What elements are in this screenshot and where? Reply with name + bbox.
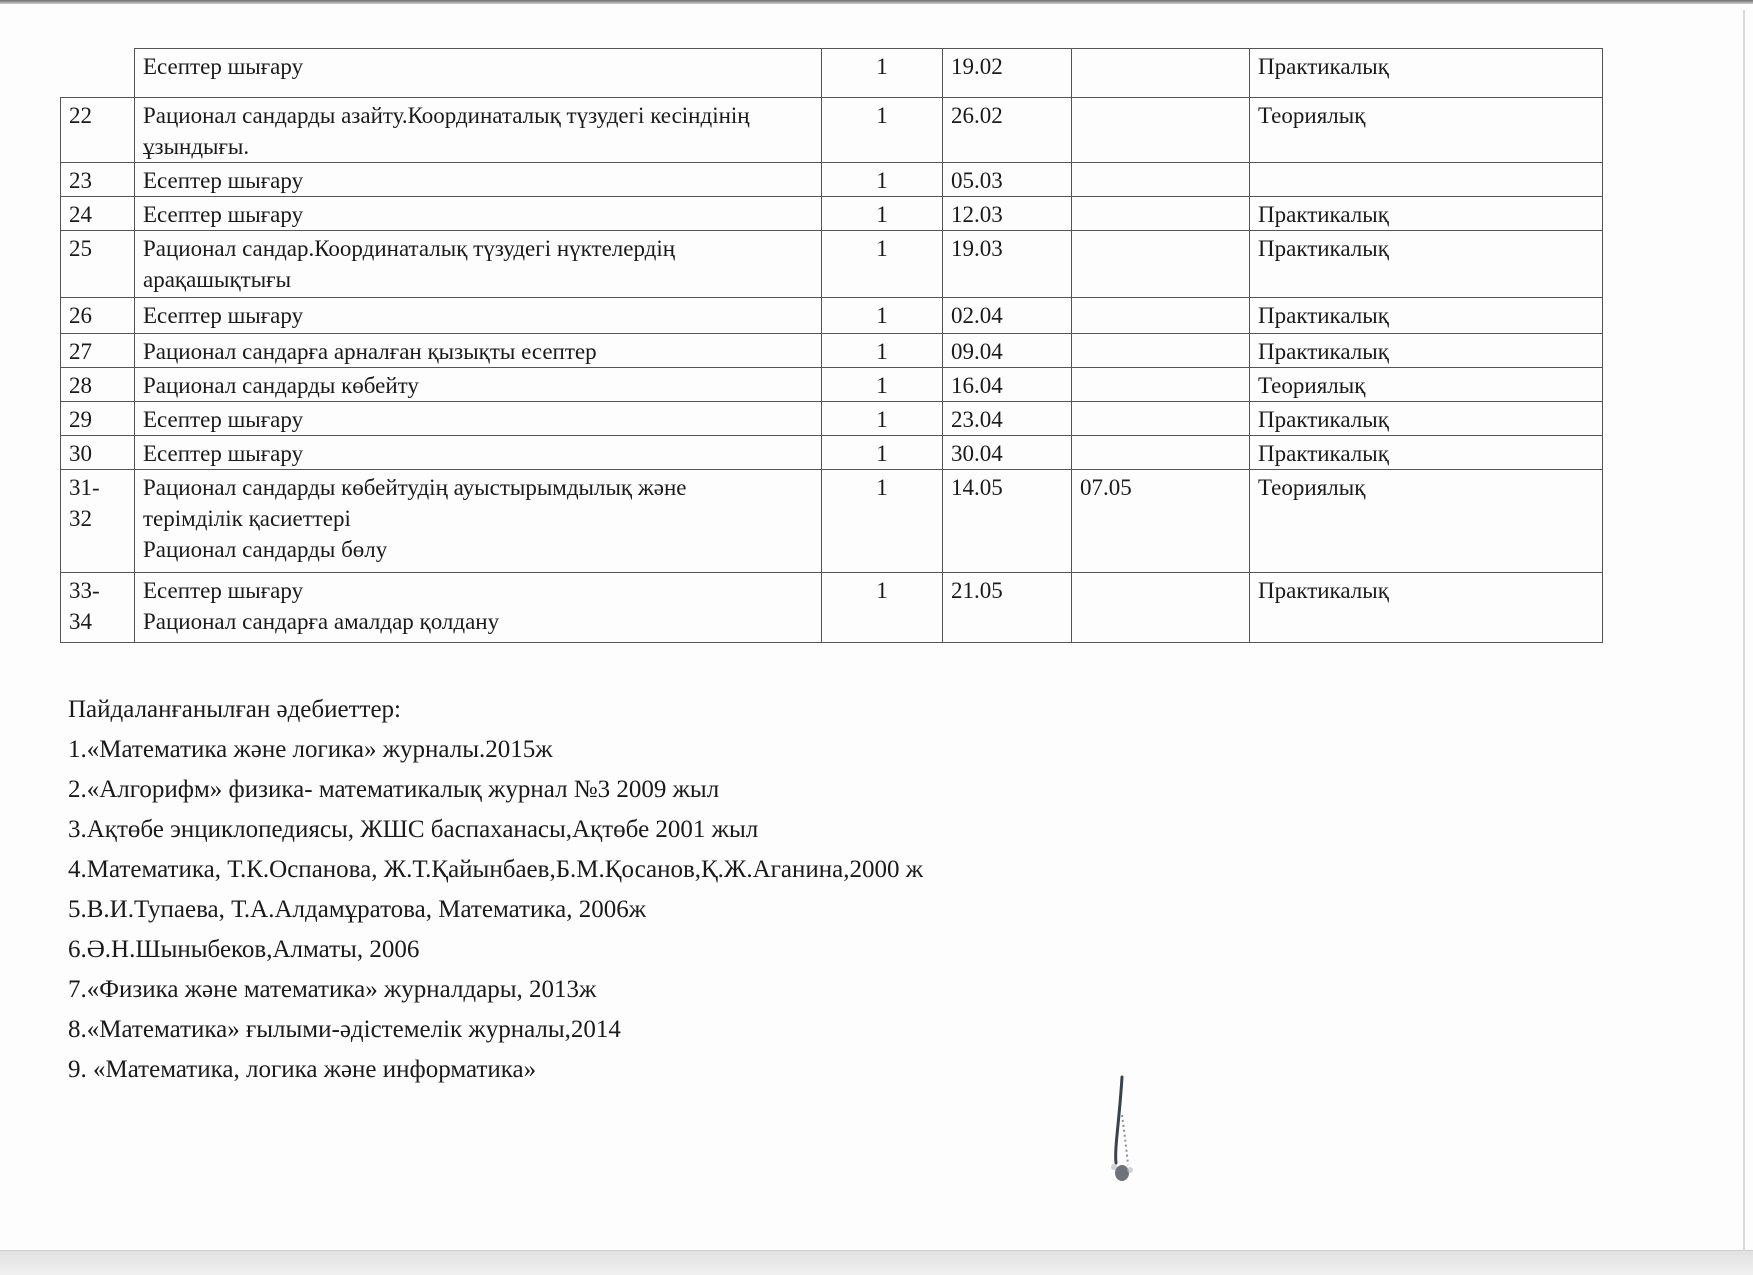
lesson-date: 19.03 [943, 231, 1072, 298]
lesson-hours: 1 [822, 436, 943, 470]
scan-edge-top [0, 0, 1753, 4]
lesson-actual-date [1072, 98, 1250, 163]
lesson-date: 26.02 [943, 98, 1072, 163]
lesson-topic: Есептер шығару [135, 49, 822, 98]
bibliography-item: 5.В.И.Тупаева, Т.А.Алдамұратова, Математ… [68, 890, 923, 930]
lesson-actual-date [1072, 436, 1250, 470]
bibliography-item: 4.Математика, Т.К.Оспанова, Ж.Т.Қайынбае… [68, 850, 923, 890]
bibliography-item: 8.«Математика» ғылыми-әдістемелік журнал… [68, 1010, 923, 1050]
table-row: 22 Рационал сандарды азайту.Координаталы… [61, 98, 1603, 163]
lesson-date: 05.03 [943, 163, 1072, 197]
lesson-hours: 1 [822, 231, 943, 298]
lesson-actual-date [1072, 573, 1250, 643]
lesson-actual-date [1072, 334, 1250, 368]
lesson-number: 27 [61, 334, 135, 368]
lesson-type: Практикалық [1250, 49, 1603, 98]
lesson-date: 23.04 [943, 402, 1072, 436]
lesson-type: Практикалық [1250, 402, 1603, 436]
lesson-type: Практикалық [1250, 298, 1603, 334]
lesson-actual-date [1072, 368, 1250, 402]
bibliography-item: 6.Ә.Н.Шыныбеков,Алматы, 2006 [68, 930, 923, 970]
lesson-hours: 1 [822, 163, 943, 197]
table-row: Есептер шығару 1 19.02 Практикалық [61, 49, 1603, 98]
lesson-hours: 1 [822, 334, 943, 368]
lesson-number: 22 [61, 98, 135, 163]
lesson-actual-date [1072, 197, 1250, 231]
lesson-number: 31-32 [61, 470, 135, 573]
lesson-number: 23 [61, 163, 135, 197]
bibliography-item: 7.«Физика және математика» журналдары, 2… [68, 970, 923, 1010]
lesson-type: Практикалық [1250, 334, 1603, 368]
lesson-number: 25 [61, 231, 135, 298]
bibliography: Пайдаланғанылған әдебиеттер: 1.«Математи… [68, 690, 923, 1090]
lesson-number: 33-34 [61, 573, 135, 643]
scan-edge-right [1743, 10, 1745, 1250]
lesson-type [1250, 163, 1603, 197]
lesson-topic: Есептер шығару [135, 298, 822, 334]
lesson-actual-date [1072, 163, 1250, 197]
lesson-number [61, 49, 135, 98]
lesson-actual-date [1072, 231, 1250, 298]
lesson-topic: Есептер шығару [135, 197, 822, 231]
bibliography-item: 2.«Алгорифм» физика- математикалық журна… [68, 770, 923, 810]
bibliography-item: 3.Ақтөбе энциклопедиясы, ЖШС баспаханасы… [68, 810, 923, 850]
table-row: 28 Рационал сандарды көбейту 1 16.04 Тео… [61, 368, 1603, 402]
lesson-date: 30.04 [943, 436, 1072, 470]
table-row: 25 Рационал сандар.Координаталық түзудег… [61, 231, 1603, 298]
lesson-topic: Есептер шығару [135, 163, 822, 197]
lesson-hours: 1 [822, 368, 943, 402]
lesson-type: Практикалық [1250, 231, 1603, 298]
lesson-topic: Рационал сандарды көбейтудің ауыстырымды… [135, 470, 822, 573]
lesson-hours: 1 [822, 197, 943, 231]
lesson-topic: Рационал сандарға арналған қызықты есепт… [135, 334, 822, 368]
lesson-date: 19.02 [943, 49, 1072, 98]
lesson-hours: 1 [822, 49, 943, 98]
bibliography-title: Пайдаланғанылған әдебиеттер: [68, 690, 923, 730]
lesson-date: 14.05 [943, 470, 1072, 573]
lesson-type: Теориялық [1250, 470, 1603, 573]
lesson-date: 02.04 [943, 298, 1072, 334]
lesson-topic: Есептер шығаруРационал сандарға амалдар … [135, 573, 822, 643]
lesson-hours: 1 [822, 402, 943, 436]
lesson-plan-table: Есептер шығару 1 19.02 Практикалық 22 Ра… [60, 48, 1603, 643]
lesson-number: 24 [61, 197, 135, 231]
lesson-date: 21.05 [943, 573, 1072, 643]
table-row: 33-34 Есептер шығаруРационал сандарға ам… [61, 573, 1603, 643]
lesson-topic: Рационал сандарды көбейту [135, 368, 822, 402]
lesson-type: Практикалық [1250, 436, 1603, 470]
table-row: 29 Есептер шығару 1 23.04 Практикалық [61, 402, 1603, 436]
lesson-date: 16.04 [943, 368, 1072, 402]
lesson-number: 28 [61, 368, 135, 402]
table-row: 31-32 Рационал сандарды көбейтудің ауыст… [61, 470, 1603, 573]
bibliography-item: 9. «Математика, логика және информатика» [68, 1050, 923, 1090]
table-row: 23 Есептер шығару 1 05.03 [61, 163, 1603, 197]
lesson-topic: Рационал сандарды азайту.Координаталық т… [135, 98, 822, 163]
bibliography-item: 1.«Математика және логика» журналы.2015ж [68, 730, 923, 770]
pen-mark-icon [1108, 1075, 1138, 1185]
lesson-topic: Рационал сандар.Координаталық түзудегі н… [135, 231, 822, 298]
lesson-number: 26 [61, 298, 135, 334]
lesson-number: 30 [61, 436, 135, 470]
lesson-number: 29 [61, 402, 135, 436]
lesson-date: 09.04 [943, 334, 1072, 368]
lesson-type: Теориялық [1250, 98, 1603, 163]
lesson-type: Практикалық [1250, 573, 1603, 643]
table-row: 26 Есептер шығару 1 02.04 Практикалық [61, 298, 1603, 334]
lesson-actual-date [1072, 298, 1250, 334]
table-row: 30 Есептер шығару 1 30.04 Практикалық [61, 436, 1603, 470]
lesson-hours: 1 [822, 470, 943, 573]
lesson-topic: Есептер шығару [135, 402, 822, 436]
lesson-hours: 1 [822, 98, 943, 163]
lesson-actual-date [1072, 402, 1250, 436]
lesson-type: Практикалық [1250, 197, 1603, 231]
lesson-type: Теориялық [1250, 368, 1603, 402]
lesson-date: 12.03 [943, 197, 1072, 231]
lesson-actual-date: 07.05 [1072, 470, 1250, 573]
lesson-actual-date [1072, 49, 1250, 98]
lesson-hours: 1 [822, 298, 943, 334]
lesson-topic: Есептер шығару [135, 436, 822, 470]
lesson-hours: 1 [822, 573, 943, 643]
scan-edge-bottom [0, 1250, 1753, 1275]
table-row: 24 Есептер шығару 1 12.03 Практикалық [61, 197, 1603, 231]
table-row: 27 Рационал сандарға арналған қызықты ес… [61, 334, 1603, 368]
